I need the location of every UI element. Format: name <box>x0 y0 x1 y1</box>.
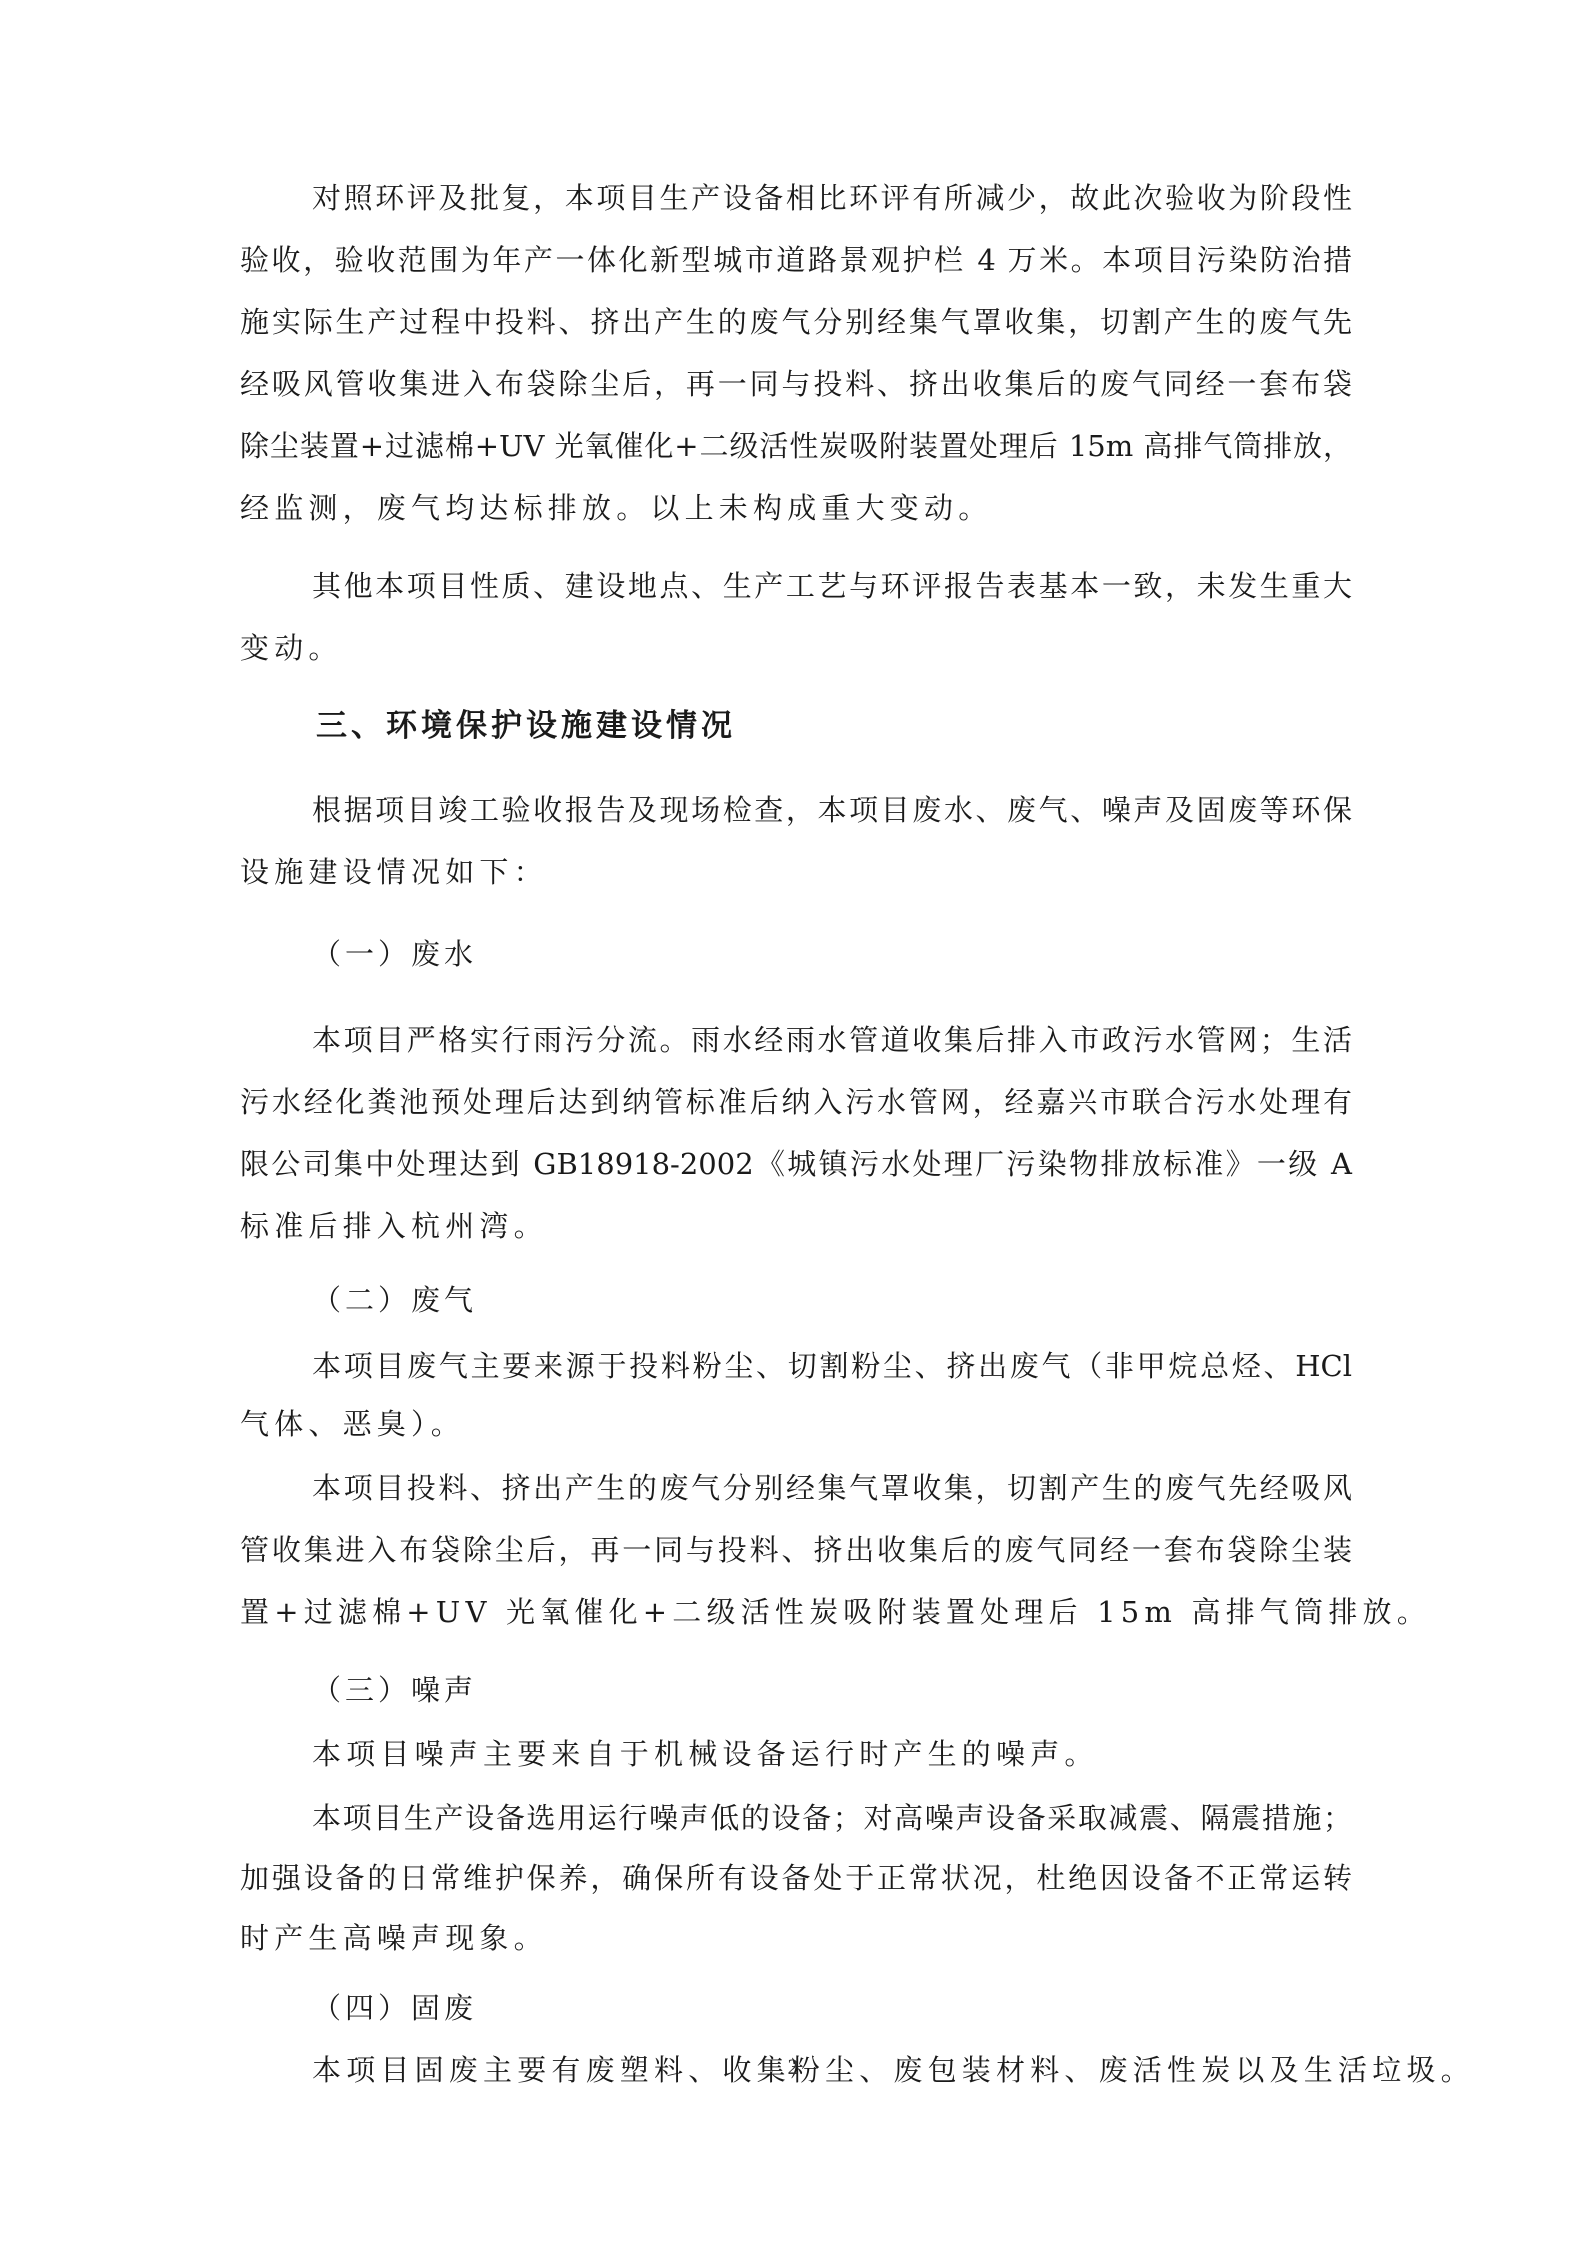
paragraph-line: 本项目投料、挤出产生的废气分别经集气罩收集，切割产生的废气先经吸风 <box>312 1468 1352 1508</box>
paragraph-line: 对照环评及批复，本项目生产设备相比环评有所减少，故此次验收为阶段性 <box>312 178 1352 218</box>
paragraph-line: 标准后排入杭州湾。 <box>240 1206 548 1246</box>
section-heading: 三、环境保护设施建设情况 <box>316 706 736 746</box>
paragraph-line: 气体、恶臭）。 <box>240 1404 465 1444</box>
paragraph-line: 本项目严格实行雨污分流。雨水经雨水管道收集后排入市政污水管网；生活 <box>312 1020 1352 1060</box>
subsection-heading-waste-gas: （二）废气 <box>312 1280 477 1320</box>
paragraph-line: 经监测，废气均达标排放。以上未构成重大变动。 <box>240 488 992 528</box>
paragraph-line: 污水经化粪池预处理后达到纳管标准后纳入污水管网，经嘉兴市联合污水处理有 <box>240 1082 1352 1122</box>
paragraph-line: 时产生高噪声现象。 <box>240 1918 548 1958</box>
paragraph-line: 管收集进入布袋除尘后，再一同与投料、挤出收集后的废气同经一套布袋除尘装 <box>240 1530 1352 1570</box>
subsection-heading-wastewater: （一）废水 <box>312 934 477 974</box>
paragraph-line: 施实际生产过程中投料、挤出产生的废气分别经集气罩收集，切割产生的废气先 <box>240 302 1352 342</box>
paragraph-line: 设施建设情况如下： <box>240 852 548 892</box>
paragraph-line: 限公司集中处理达到 GB18918-2002《城镇污水处理厂污染物排放标准》一级… <box>240 1144 1352 1184</box>
paragraph-line: 验收，验收范围为年产一体化新型城市道路景观护栏 4 万米。本项目污染防治措 <box>240 240 1352 280</box>
subsection-heading-solid-waste: （四）固废 <box>312 1988 477 2028</box>
paragraph-line: 置+过滤棉+UV 光氧催化+二级活性炭吸附装置处理后 15m 高排气筒排放。 <box>240 1592 1431 1632</box>
paragraph-line: 加强设备的日常维护保养，确保所有设备处于正常状况，杜绝因设备不正常运转 <box>240 1858 1352 1898</box>
paragraph-line: 除尘装置+过滤棉+UV 光氧催化+二级活性炭吸附装置处理后 15m 高排气筒排放… <box>240 426 1352 466</box>
paragraph-line: 本项目噪声主要来自于机械设备运行时产生的噪声。 <box>312 1734 1099 1774</box>
paragraph-line: 本项目生产设备选用运行噪声低的设备；对高噪声设备采取减震、隔震措施； <box>312 1798 1352 1838</box>
paragraph-line: 经吸风管收集进入布袋除尘后，再一同与投料、挤出收集后的废气同经一套布袋 <box>240 364 1352 404</box>
paragraph-line: 变动。 <box>240 628 343 668</box>
page-number: 2 <box>0 2054 1586 2080</box>
paragraph-line: 根据项目竣工验收报告及现场检查，本项目废水、废气、噪声及固废等环保 <box>312 790 1352 830</box>
subsection-heading-noise: （三）噪声 <box>312 1670 477 1710</box>
paragraph-line: 其他本项目性质、建设地点、生产工艺与环评报告表基本一致，未发生重大 <box>312 566 1352 606</box>
paragraph-line: 本项目废气主要来源于投料粉尘、切割粉尘、挤出废气（非甲烷总烃、HCl <box>312 1346 1352 1386</box>
document-page: 对照环评及批复，本项目生产设备相比环评有所减少，故此次验收为阶段性 验收，验收范… <box>0 0 1586 2242</box>
